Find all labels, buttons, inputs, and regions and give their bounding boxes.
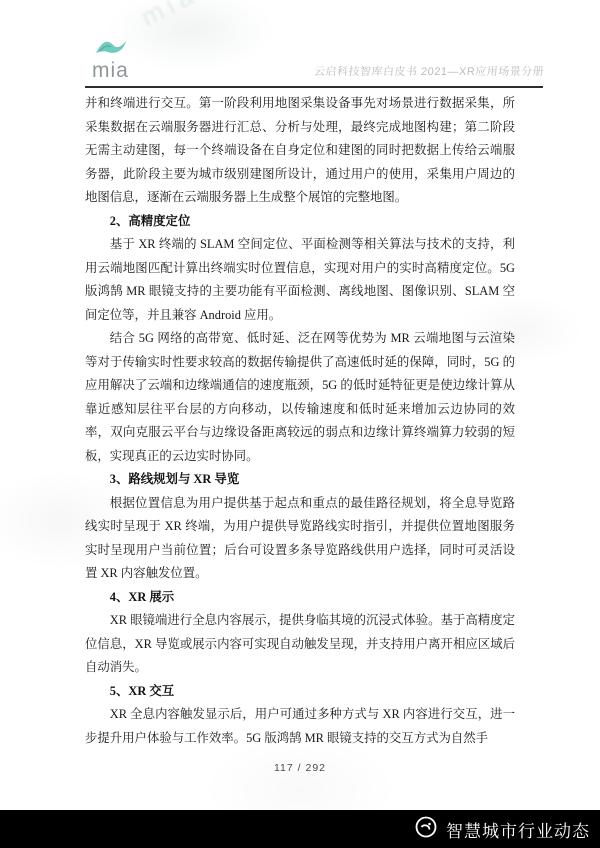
doc-title: 云启科技智库白皮书 2021—XR应用场景分册 — [313, 63, 544, 79]
section-heading: 2、高精度定位 — [85, 210, 515, 234]
paragraph: 结合 5G 网络的高带宽、低时延、泛在网等优势为 MR 云端地图与云渲染等对于传… — [85, 327, 515, 468]
paragraph: XR 全息内容触发显示后，用户可通过多种方式与 XR 内容进行交互，进一步提升用… — [85, 703, 515, 750]
header-rule — [85, 86, 543, 88]
paragraph: XR 眼镜端进行全息内容展示，提供身临其境的沉浸式体验。基于高精度定位信息，XR… — [85, 609, 515, 680]
paragraph: 并和终端进行交互。第一阶段利用地图采集设备事先对场景进行数据采集，所采集数据在云… — [85, 92, 515, 210]
footer-brand-bar: 智慧城市行业动态 — [0, 810, 600, 848]
teal-bird-swoosh-icon — [94, 38, 162, 61]
document-page: { "header": { "logo_text": "mia", "logo_… — [0, 0, 600, 848]
page-header: mia mia 云启科技智库白皮书 2021—XR应用场景分册 — [0, 0, 600, 90]
watermark-ghost: mia — [136, 0, 203, 33]
brand-name: 智慧城市行业动态 — [446, 817, 590, 842]
section-heading: 3、路线规划与 XR 导览 — [85, 468, 515, 492]
section-heading: 4、XR 展示 — [85, 586, 515, 610]
section-heading: 5、XR 交互 — [85, 680, 515, 704]
logo-text: mia — [92, 59, 129, 82]
paragraph: 根据位置信息为用户提供基于起点和重点的最佳路径规划，将全息导览路线实时呈现于 X… — [85, 492, 515, 586]
circle-bird-logo-icon — [414, 815, 438, 844]
page-number: 117 / 292 — [0, 762, 600, 774]
paragraph: 基于 XR 终端的 SLAM 空间定位、平面检测等相关算法与技术的支持，利用云端… — [85, 233, 515, 327]
publisher-logo: mia — [92, 38, 162, 82]
document-body: 并和终端进行交互。第一阶段利用地图采集设备事先对场景进行数据采集，所采集数据在云… — [85, 92, 515, 750]
